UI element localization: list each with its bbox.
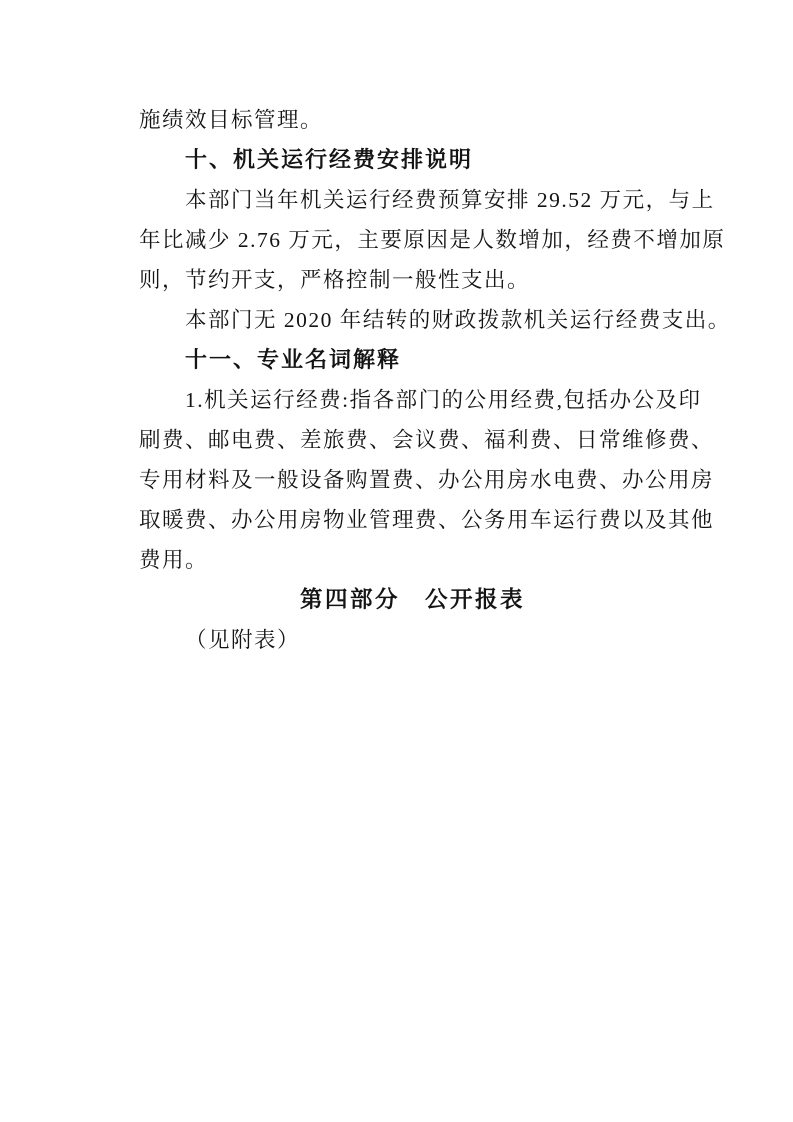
paragraph-line: 本部门无 2020 年结转的财政拨款机关运行经费支出。 [139, 300, 686, 340]
document-page: 施绩效目标管理。 十、机关运行经费安排说明 本部门当年机关运行经费预算安排 29… [0, 0, 793, 1122]
heading-section-ten: 十、机关运行经费安排说明 [139, 140, 686, 180]
paragraph-continuation-line: 施绩效目标管理。 [139, 100, 686, 140]
paragraph-line: 本部门当年机关运行经费预算安排 29.52 万元，与上 [139, 180, 686, 220]
paragraph-line: 专用材料及一般设备购置费、办公用房水电费、办公用房 [139, 460, 686, 500]
paragraph-line: 取暖费、办公用房物业管理费、公务用车运行费以及其他 [139, 500, 686, 540]
heading-section-eleven: 十一、专业名词解释 [139, 340, 686, 380]
see-attached-tables-note: （见附表） [139, 620, 686, 660]
part-four-title: 第四部分 公开报表 [139, 580, 686, 620]
paragraph-line: 1.机关运行经费:指各部门的公用经费,包括办公及印 [139, 380, 686, 420]
paragraph-line: 刷费、邮电费、差旅费、会议费、福利费、日常维修费、 [139, 420, 686, 460]
paragraph-line: 则，节约开支，严格控制一般性支出。 [139, 260, 686, 300]
page-content: 施绩效目标管理。 十、机关运行经费安排说明 本部门当年机关运行经费预算安排 29… [139, 100, 686, 660]
paragraph-line: 年比减少 2.76 万元，主要原因是人数增加，经费不增加原 [139, 220, 686, 260]
paragraph-line: 费用。 [139, 540, 686, 580]
